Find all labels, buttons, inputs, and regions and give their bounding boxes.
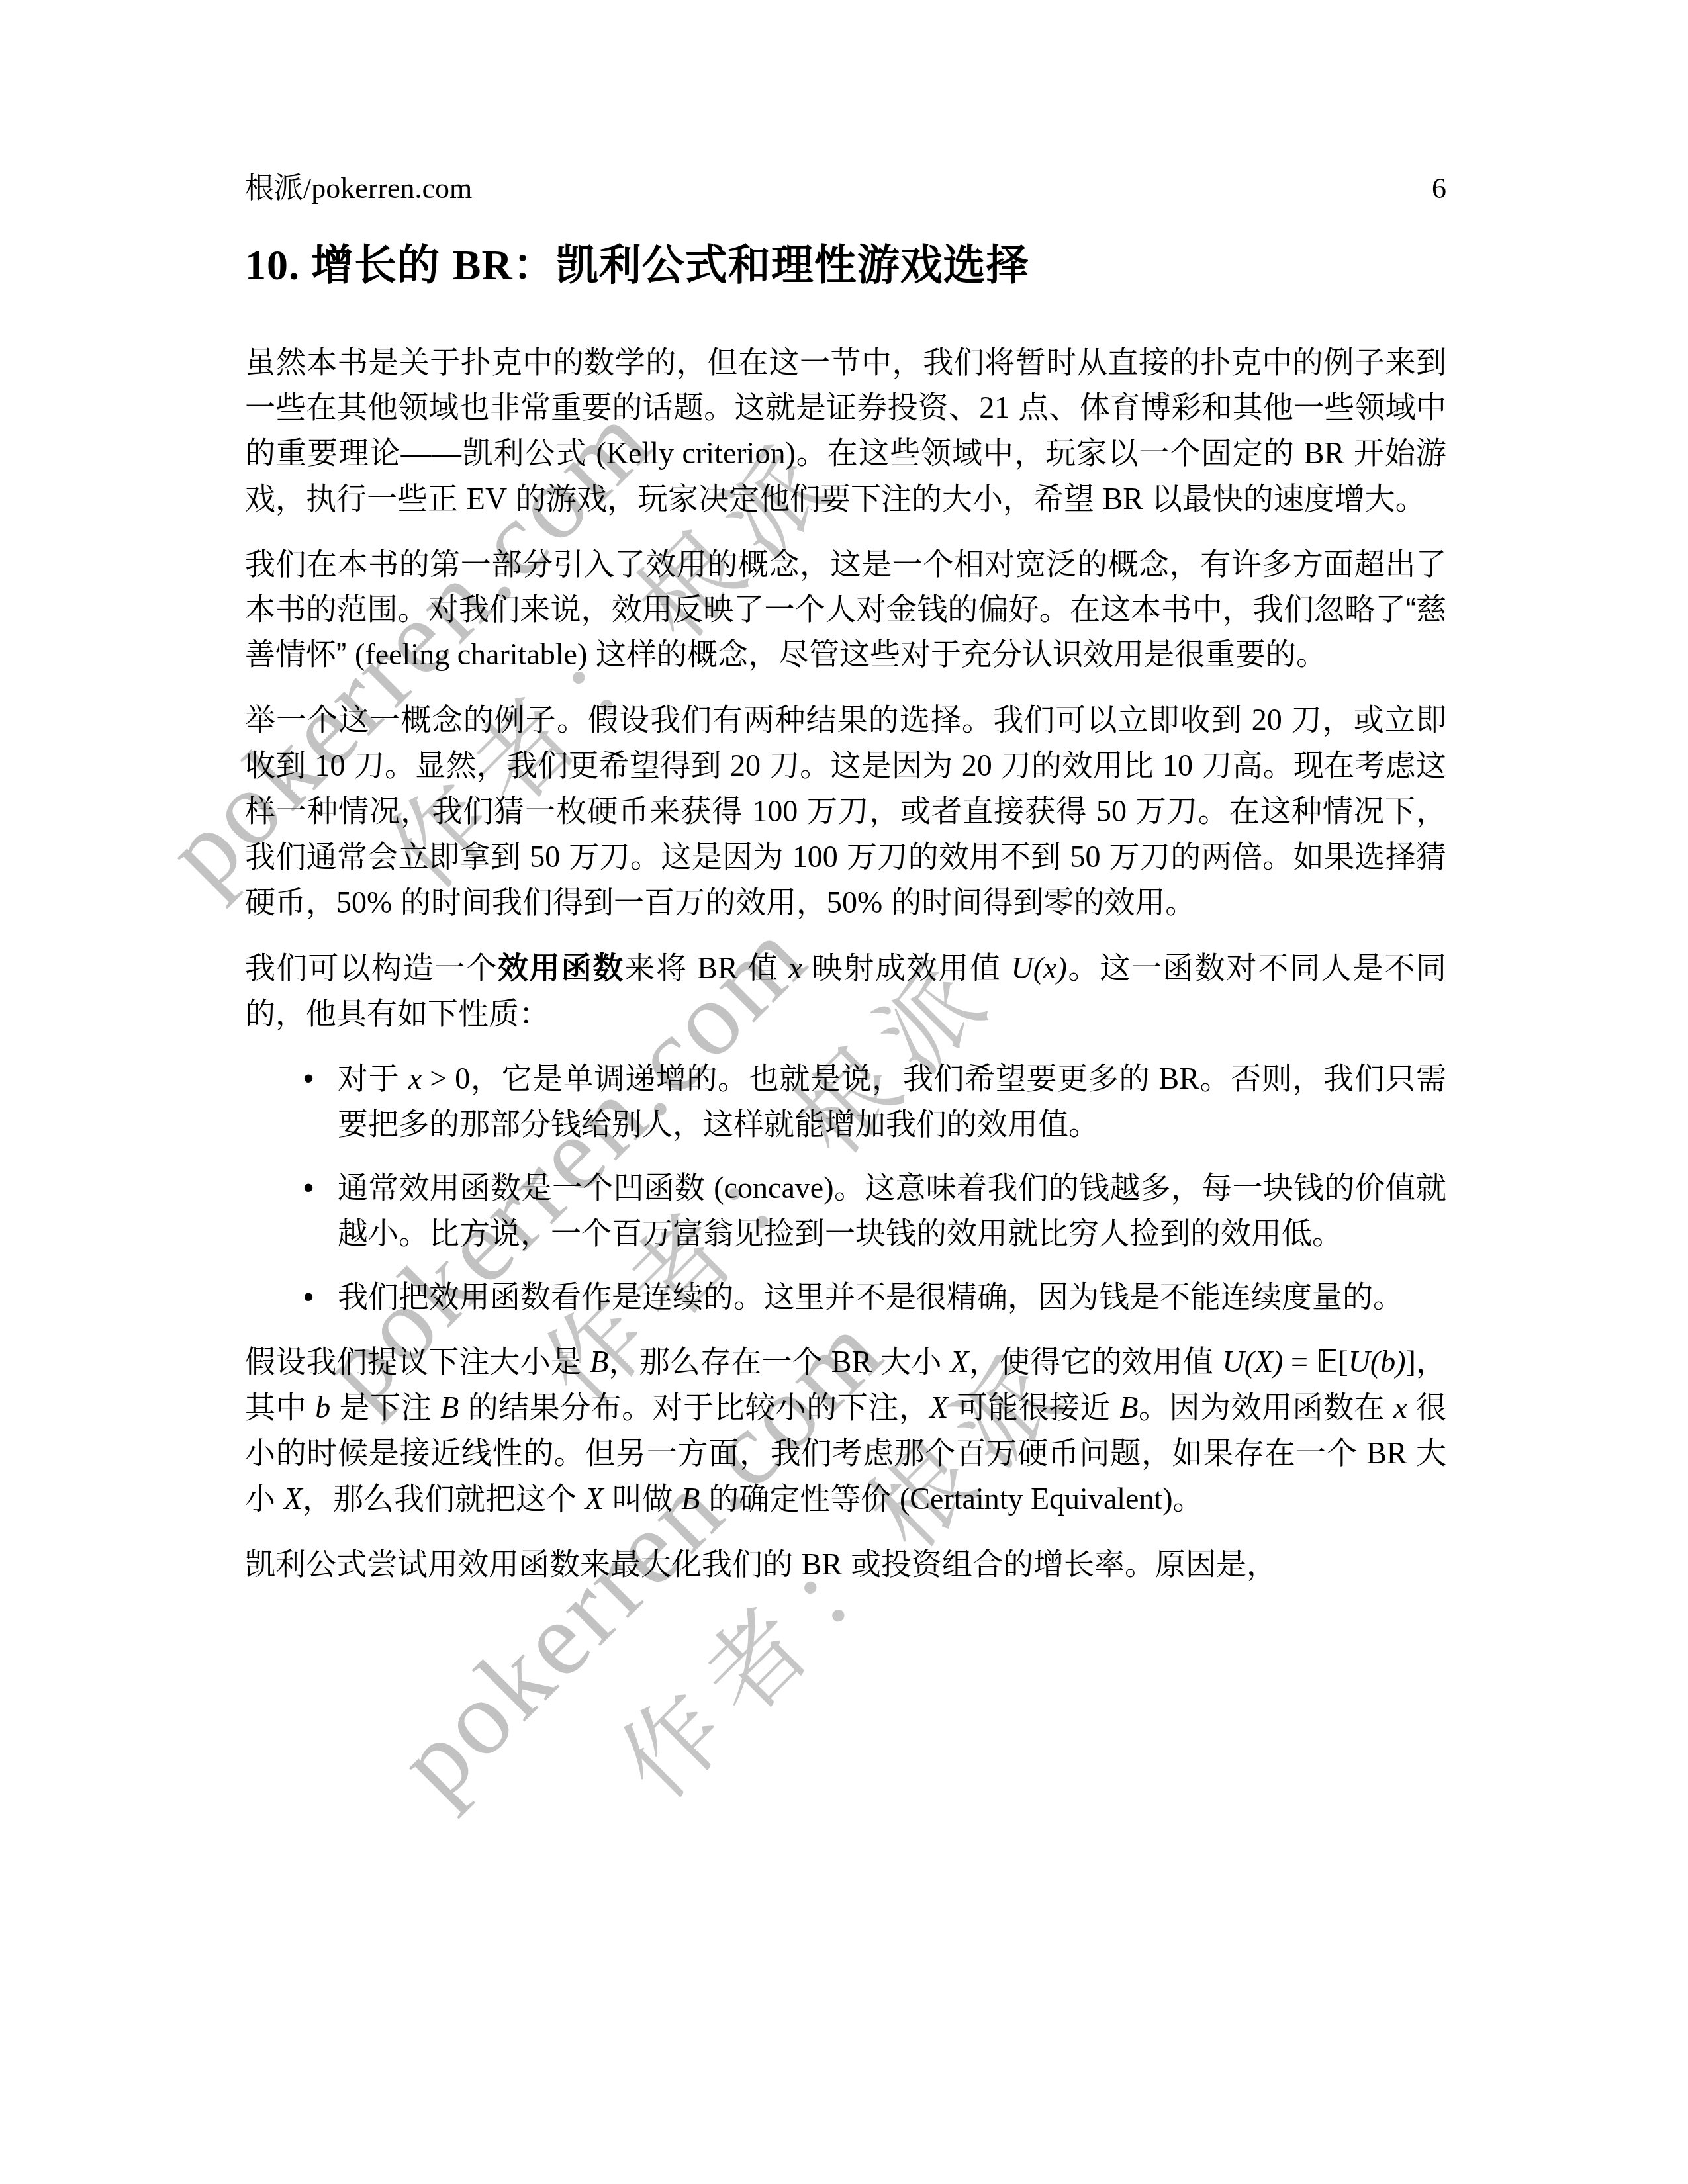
section-title: 10. 增长的 BR：凯利公式和理性游戏选择 xyxy=(245,244,1446,287)
bullet-item-2: 通常效用函数是一个凹函数 (concave)。这意味着我们的钱越多，每一块钱的价… xyxy=(338,1165,1446,1255)
header-site-label: 根派/pokerren.com xyxy=(245,164,472,206)
document-page: pokerren.com 作者：根派 pokerren.com 作者：根派 po… xyxy=(0,0,1688,2184)
bullet-item-1: 对于 x > 0，它是单调递增的。也就是说，我们希望要更多的 BR。否则，我们只… xyxy=(338,1056,1446,1146)
paragraph-5: 假设我们提议下注大小是 B，那么存在一个 BR 大小 X，使得它的效用值 U(X… xyxy=(245,1339,1446,1522)
page-header: 根派/pokerren.com 6 xyxy=(245,164,1446,206)
utility-properties-list: 对于 x > 0，它是单调递增的。也就是说，我们希望要更多的 BR。否则，我们只… xyxy=(245,1056,1446,1319)
paragraph-3: 举一个这一概念的例子。假设我们有两种结果的选择。我们可以立即收到 20 刀，或立… xyxy=(245,697,1446,925)
paragraph-1: 虽然本书是关于扑克中的数学的，但在这一节中，我们将暂时从直接的扑克中的例子来到一… xyxy=(245,340,1446,522)
page-number: 6 xyxy=(1432,171,1446,205)
paragraph-6: 凯利公式尝试用效用函数来最大化我们的 BR 或投资组合的增长率。原因是， xyxy=(245,1541,1446,1587)
paragraph-2: 我们在本书的第一部分引入了效用的概念，这是一个相对宽泛的概念，有许多方面超出了本… xyxy=(245,541,1446,677)
paragraph-4: 我们可以构造一个效用函数来将 BR 值 x 映射成效用值 U(x)。这一函数对不… xyxy=(245,945,1446,1036)
main-content: 10. 增长的 BR：凯利公式和理性游戏选择 虽然本书是关于扑克中的数学的，但在… xyxy=(245,244,1446,1607)
bullet-item-3: 我们把效用函数看作是连续的。这里并不是很精确，因为钱是不能连续度量的。 xyxy=(338,1274,1446,1319)
